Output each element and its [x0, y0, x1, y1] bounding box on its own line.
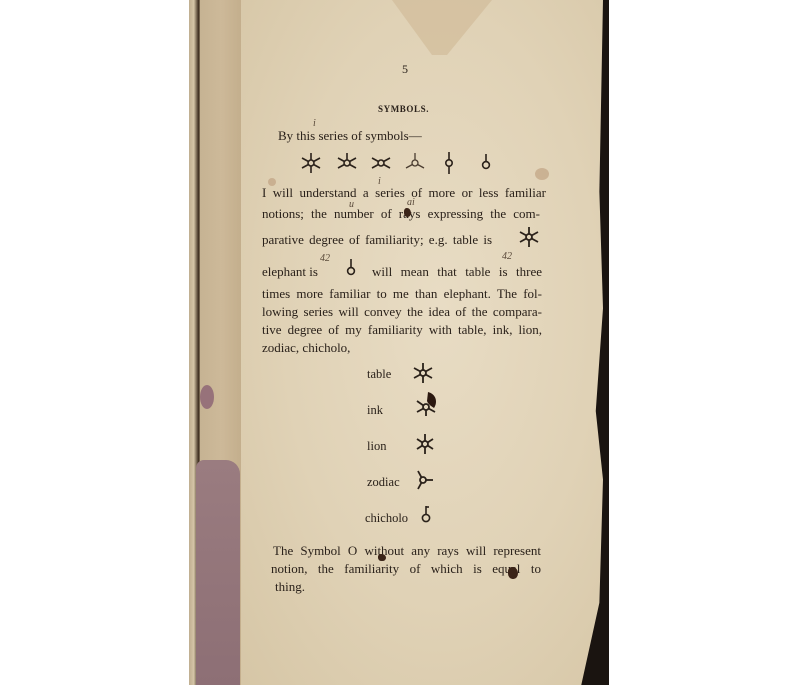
- handwritten-annotation: i: [313, 118, 316, 129]
- four-ray-symbol-icon: [370, 152, 392, 174]
- paragraph-line: The Symbol O without any rays will repre…: [273, 543, 541, 559]
- six-ray-symbol-icon: [300, 152, 322, 174]
- page-number: 5: [402, 62, 408, 77]
- handwritten-annotation: i: [378, 176, 381, 187]
- paragraph-line: elephant is: [262, 264, 318, 280]
- paragraph-line: notion, the familiarity of which is equa…: [271, 561, 541, 577]
- six-ray-symbol-icon: [411, 361, 435, 385]
- list-item-label: zodiac: [367, 475, 400, 490]
- one-ray-symbol-icon: [479, 152, 493, 174]
- paragraph-line: notions; the number of rays expressing t…: [262, 206, 540, 222]
- list-item-label: table: [367, 367, 391, 382]
- handwritten-annotation: u: [349, 199, 354, 210]
- six-ray-symbol-icon: [517, 225, 541, 249]
- section-heading: SYMBOLS.: [378, 104, 429, 114]
- handwritten-annotation: 42: [320, 253, 330, 264]
- intro-line: By this series of symbols—: [278, 128, 422, 144]
- purple-stain-small: [200, 385, 214, 409]
- ink-blot: [404, 208, 411, 217]
- list-item-label: lion: [367, 439, 386, 454]
- list-item-label: chicholo: [365, 511, 408, 526]
- paragraph-line: zodiac, chicholo,: [262, 340, 350, 356]
- ink-blot: [378, 554, 386, 561]
- five-ray-symbol-inked-icon: [413, 390, 439, 418]
- paragraph-line: thing.: [275, 579, 305, 595]
- five-ray-symbol-icon: [336, 152, 358, 174]
- handwritten-annotation: 42: [502, 251, 512, 262]
- paragraph-line: times more familiar to me than elephant.…: [262, 286, 542, 302]
- one-ray-symbol-icon: [419, 504, 433, 526]
- three-ray-symbol-icon: [411, 468, 435, 492]
- paragraph-line: tive degree of my familiarity with table…: [262, 322, 542, 338]
- paragraph-line: I will understand a series of more or le…: [262, 185, 546, 201]
- three-ray-symbol-icon: [404, 152, 426, 174]
- ink-blot: [508, 567, 518, 579]
- paragraph-line: parative degree of familiarity; e.g. tab…: [262, 232, 492, 248]
- foxing-spot: [535, 168, 549, 180]
- paragraph-line: will mean that table is three: [372, 264, 542, 280]
- handwritten-annotation: ai: [407, 197, 415, 208]
- two-ray-symbol-icon: [442, 150, 456, 176]
- paragraph-line: lowing series will convey the idea of th…: [262, 304, 542, 320]
- four-ray-symbol-icon: [414, 432, 436, 456]
- one-ray-symbol-icon: [344, 256, 358, 280]
- purple-stain: [196, 460, 240, 685]
- list-item-label: ink: [367, 403, 383, 418]
